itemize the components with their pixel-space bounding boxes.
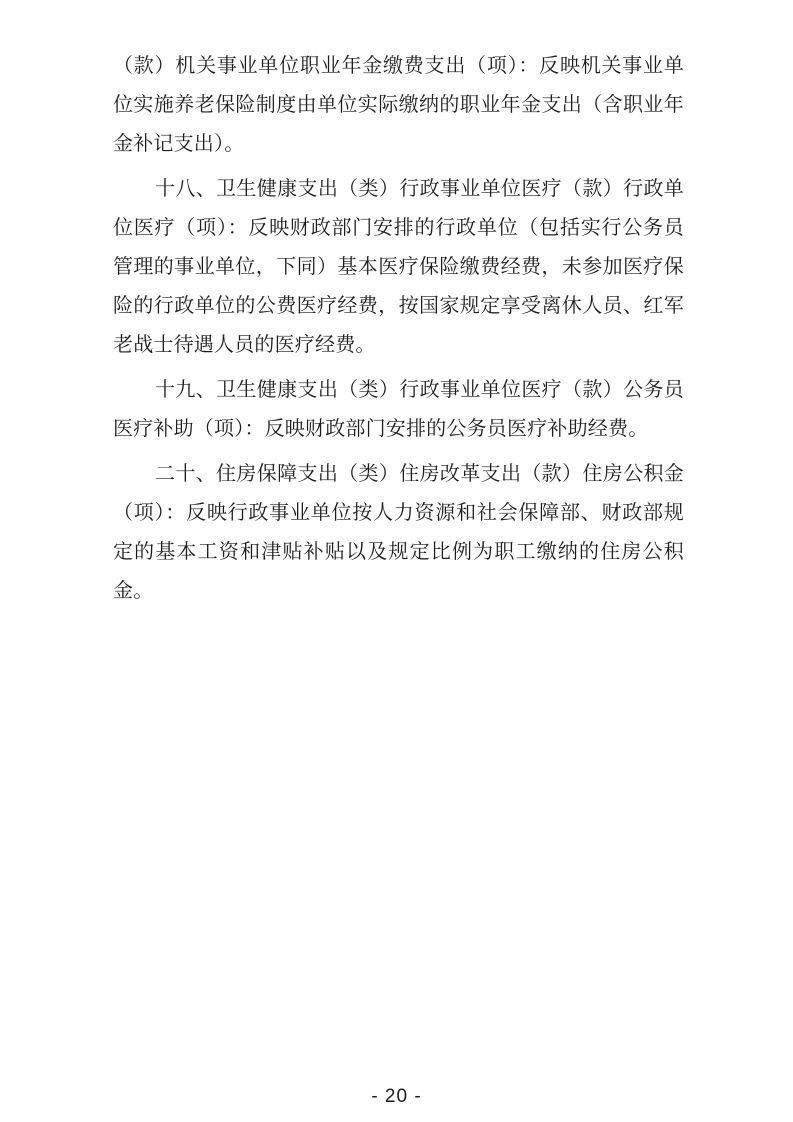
document-page: （款）机关事业单位职业年金缴费支出（项）：反映机关事业单位实施养老保险制度由单位… [0, 0, 793, 1122]
paragraph-continuation-pension-contribution: （款）机关事业单位职业年金缴费支出（项）：反映机关事业单位实施养老保险制度由单位… [113, 47, 684, 164]
paragraph-item-20-housing-fund: 二十、住房保障支出（类）住房改革支出（款）住房公积金（项）：反映行政事业单位按人… [113, 455, 684, 611]
body-text-block: （款）机关事业单位职业年金缴费支出（项）：反映机关事业单位实施养老保险制度由单位… [113, 47, 684, 617]
paragraph-item-19-civil-servant-medical-subsidy: 十九、卫生健康支出（类）行政事业单位医疗（款）公务员医疗补助（项）：反映财政部门… [113, 371, 684, 449]
page-footer: - 20 - [0, 1086, 793, 1108]
paragraph-item-18-health-admin-medical: 十八、卫生健康支出（类）行政事业单位医疗（款）行政单位医疗（项）：反映财政部门安… [113, 170, 684, 365]
page-number: - 20 - [371, 1086, 421, 1107]
